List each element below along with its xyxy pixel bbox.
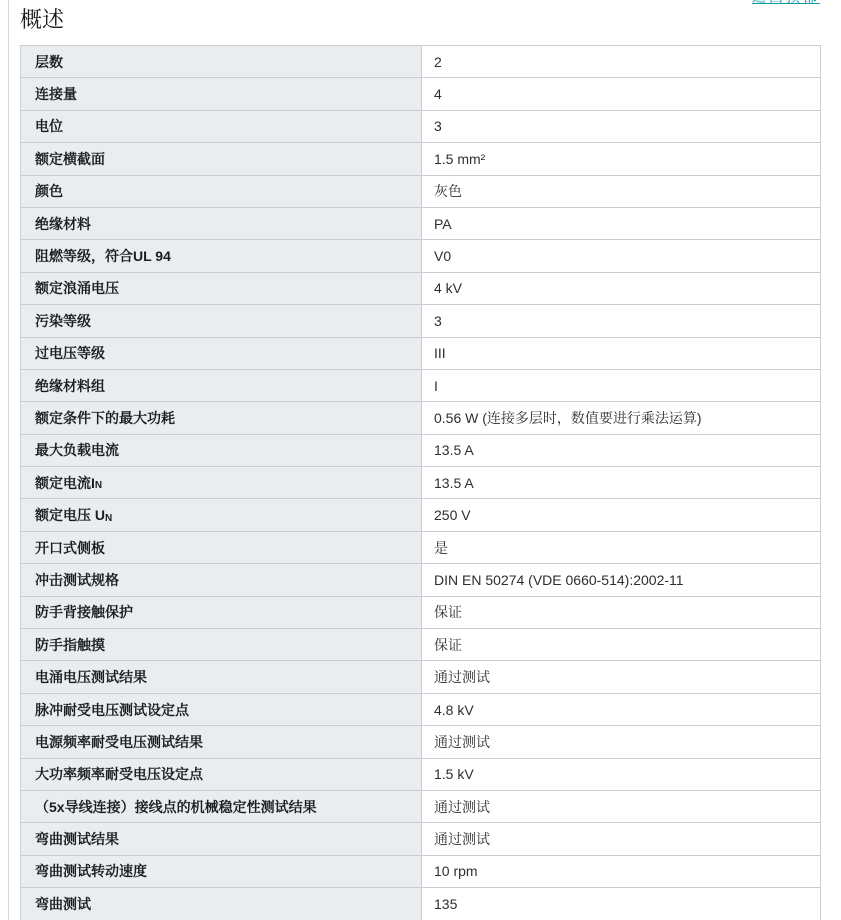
spec-value-cell: V0 — [422, 240, 820, 271]
spec-label: 颜色 — [35, 181, 63, 201]
spec-value-cell: 是 — [422, 532, 820, 563]
spec-value-cell: 保证 — [422, 629, 820, 660]
spec-row: 防手指触摸 保证 — [21, 629, 820, 661]
page-title: 概述 — [20, 3, 64, 34]
spec-row: 弯曲测试结果 通过测试 — [21, 823, 820, 855]
spec-label-cell: 绝缘材料组 — [21, 370, 422, 401]
spec-value: DIN EN 50274 (VDE 0660-514):2002-11 — [434, 572, 684, 588]
spec-row: 电涌电压测试结果 通过测试 — [21, 661, 820, 693]
spec-label-cell: 电源频率耐受电压测试结果 — [21, 726, 422, 757]
spec-label-cell: 层数 — [21, 46, 422, 77]
spec-label: 脉冲耐受电压测试设定点 — [35, 700, 189, 720]
spec-row: 冲击测试规格 DIN EN 50274 (VDE 0660-514):2002-… — [21, 564, 820, 596]
spec-row: 开口式侧板 是 — [21, 532, 820, 564]
spec-label: 冲击测试规格 — [35, 570, 119, 590]
spec-row: 过电压等级 III — [21, 338, 820, 370]
spec-label-cell: 最大负载电流 — [21, 435, 422, 466]
spec-label: 过电压等级 — [35, 343, 105, 363]
spec-label-cell: 污染等级 — [21, 305, 422, 336]
spec-value: 灰色 — [434, 181, 462, 201]
spec-label: 弯曲测试转动速度 — [35, 861, 147, 881]
spec-row: 额定电压 UN 250 V — [21, 499, 820, 531]
spec-row: 连接量 4 — [21, 78, 820, 110]
spec-label: 额定电流I — [35, 473, 95, 493]
spec-value-cell: 保证 — [422, 597, 820, 628]
spec-label-cell: 颜色 — [21, 176, 422, 207]
spec-value-cell: DIN EN 50274 (VDE 0660-514):2002-11 — [422, 564, 820, 595]
spec-value: 13.5 A — [434, 475, 474, 491]
spec-row: 防手背接触保护 保证 — [21, 597, 820, 629]
spec-row: 颜色 灰色 — [21, 176, 820, 208]
spec-label-cell: 防手指触摸 — [21, 629, 422, 660]
spec-label-cell: 电涌电压测试结果 — [21, 661, 422, 692]
spec-value-cell: III — [422, 338, 820, 369]
spec-label-cell: 开口式侧板 — [21, 532, 422, 563]
spec-value: I — [434, 378, 438, 394]
spec-value: 通过测试 — [434, 829, 490, 849]
spec-label-cell: 大功率频率耐受电压设定点 — [21, 759, 422, 790]
spec-value: 保证 — [434, 602, 462, 622]
spec-value-cell: 3 — [422, 111, 820, 142]
spec-label: 弯曲测试 — [35, 894, 91, 914]
spec-row: 污染等级 3 — [21, 305, 820, 337]
spec-value: 1.5 mm² — [434, 151, 485, 167]
spec-value-cell: 135 — [422, 888, 820, 919]
back-to-top-link[interactable]: 返回顶部 — [752, 0, 820, 7]
spec-label: 阻燃等级，符合UL 94 — [35, 246, 171, 266]
spec-table: 层数 2 连接量 4 电位 3 额定横截面 1.5 mm² 颜色 灰色 绝缘材料… — [20, 45, 821, 920]
spec-row: 额定条件下的最大功耗 0.56 W (连接多层时，数值要进行乘法运算) — [21, 402, 820, 434]
spec-value-cell: 通过测试 — [422, 661, 820, 692]
spec-label: 弯曲测试结果 — [35, 829, 119, 849]
spec-label-cell: 额定浪涌电压 — [21, 273, 422, 304]
spec-label-cell: 脉冲耐受电压测试设定点 — [21, 694, 422, 725]
spec-value: V0 — [434, 248, 451, 264]
spec-label: 电涌电压测试结果 — [35, 667, 147, 687]
spec-value-cell: 4 — [422, 78, 820, 109]
spec-label: 防手指触摸 — [35, 635, 105, 655]
spec-value-cell: 13.5 A — [422, 467, 820, 498]
spec-value-cell: 4 kV — [422, 273, 820, 304]
spec-label: 开口式侧板 — [35, 538, 105, 558]
spec-value: 通过测试 — [434, 667, 490, 687]
page-left-border — [8, 0, 9, 920]
spec-value: 0.56 W (连接多层时，数值要进行乘法运算) — [434, 408, 702, 428]
spec-value: 4.8 kV — [434, 702, 474, 718]
spec-row: 额定电流IN 13.5 A — [21, 467, 820, 499]
spec-label-cell: 额定电压 UN — [21, 499, 422, 530]
spec-label-cell: 连接量 — [21, 78, 422, 109]
spec-label: 层数 — [35, 52, 63, 72]
spec-label-cell: 阻燃等级，符合UL 94 — [21, 240, 422, 271]
spec-row: 最大负载电流 13.5 A — [21, 435, 820, 467]
spec-value: 保证 — [434, 635, 462, 655]
spec-value: 135 — [434, 896, 457, 912]
spec-label: 额定条件下的最大功耗 — [35, 408, 175, 428]
spec-value: 4 — [434, 86, 442, 102]
spec-value-cell: 250 V — [422, 499, 820, 530]
spec-value: 3 — [434, 118, 442, 134]
spec-value-cell: 3 — [422, 305, 820, 336]
spec-label: 电位 — [35, 116, 63, 136]
spec-value: 通过测试 — [434, 797, 490, 817]
spec-value-cell: 1.5 mm² — [422, 143, 820, 174]
spec-row: 额定浪涌电压 4 kV — [21, 273, 820, 305]
spec-label: 绝缘材料组 — [35, 376, 105, 396]
spec-value-cell: 2 — [422, 46, 820, 77]
spec-value: 通过测试 — [434, 732, 490, 752]
spec-label-cell: 额定电流IN — [21, 467, 422, 498]
spec-row: 额定横截面 1.5 mm² — [21, 143, 820, 175]
spec-row: 绝缘材料组 I — [21, 370, 820, 402]
spec-value: 1.5 kV — [434, 766, 474, 782]
spec-value: 13.5 A — [434, 442, 474, 458]
spec-value: 10 rpm — [434, 863, 478, 879]
spec-label-cell: （5x导线连接）接线点的机械稳定性测试结果 — [21, 791, 422, 822]
spec-row: 弯曲测试 135 — [21, 888, 820, 920]
spec-value-cell: 4.8 kV — [422, 694, 820, 725]
spec-label: 额定横截面 — [35, 149, 105, 169]
spec-value-cell: I — [422, 370, 820, 401]
spec-row: 脉冲耐受电压测试设定点 4.8 kV — [21, 694, 820, 726]
spec-value: 250 V — [434, 507, 471, 523]
spec-label-cell: 额定条件下的最大功耗 — [21, 402, 422, 433]
spec-row: 绝缘材料 PA — [21, 208, 820, 240]
spec-value: PA — [434, 216, 452, 232]
spec-value-cell: 通过测试 — [422, 791, 820, 822]
spec-value: 2 — [434, 54, 442, 70]
spec-value-cell: 13.5 A — [422, 435, 820, 466]
spec-row: 大功率频率耐受电压设定点 1.5 kV — [21, 759, 820, 791]
spec-label-cell: 弯曲测试 — [21, 888, 422, 919]
spec-value-cell: 通过测试 — [422, 823, 820, 854]
spec-label-cell: 防手背接触保护 — [21, 597, 422, 628]
spec-value-cell: PA — [422, 208, 820, 239]
spec-label: 额定浪涌电压 — [35, 278, 119, 298]
spec-label: 连接量 — [35, 84, 77, 104]
spec-value-cell: 10 rpm — [422, 856, 820, 887]
spec-row: 阻燃等级，符合UL 94 V0 — [21, 240, 820, 272]
spec-label: 最大负载电流 — [35, 440, 119, 460]
spec-label: 污染等级 — [35, 311, 91, 331]
spec-row: （5x导线连接）接线点的机械稳定性测试结果 通过测试 — [21, 791, 820, 823]
spec-label-cell: 过电压等级 — [21, 338, 422, 369]
spec-label: 防手背接触保护 — [35, 602, 133, 622]
spec-row: 弯曲测试转动速度 10 rpm — [21, 856, 820, 888]
spec-value: 是 — [434, 538, 448, 558]
spec-label-cell: 绝缘材料 — [21, 208, 422, 239]
spec-label: 绝缘材料 — [35, 214, 91, 234]
spec-row: 层数 2 — [21, 46, 820, 78]
spec-value: 3 — [434, 313, 442, 329]
spec-label-cell: 冲击测试规格 — [21, 564, 422, 595]
spec-label: 额定电压 U — [35, 505, 105, 525]
spec-value: 4 kV — [434, 280, 462, 296]
spec-label: 电源频率耐受电压测试结果 — [35, 732, 203, 752]
spec-row: 电位 3 — [21, 111, 820, 143]
spec-row: 电源频率耐受电压测试结果 通过测试 — [21, 726, 820, 758]
spec-label-cell: 弯曲测试转动速度 — [21, 856, 422, 887]
spec-label-sub: N — [95, 480, 102, 498]
spec-label-sub: N — [105, 513, 112, 531]
spec-label: （5x导线连接）接线点的机械稳定性测试结果 — [35, 797, 317, 817]
spec-value-cell: 通过测试 — [422, 726, 820, 757]
spec-label-cell: 电位 — [21, 111, 422, 142]
spec-value-cell: 灰色 — [422, 176, 820, 207]
spec-value-cell: 1.5 kV — [422, 759, 820, 790]
spec-value-cell: 0.56 W (连接多层时，数值要进行乘法运算) — [422, 402, 820, 433]
spec-label: 大功率频率耐受电压设定点 — [35, 764, 203, 784]
spec-value: III — [434, 345, 446, 361]
spec-label-cell: 弯曲测试结果 — [21, 823, 422, 854]
spec-label-cell: 额定横截面 — [21, 143, 422, 174]
